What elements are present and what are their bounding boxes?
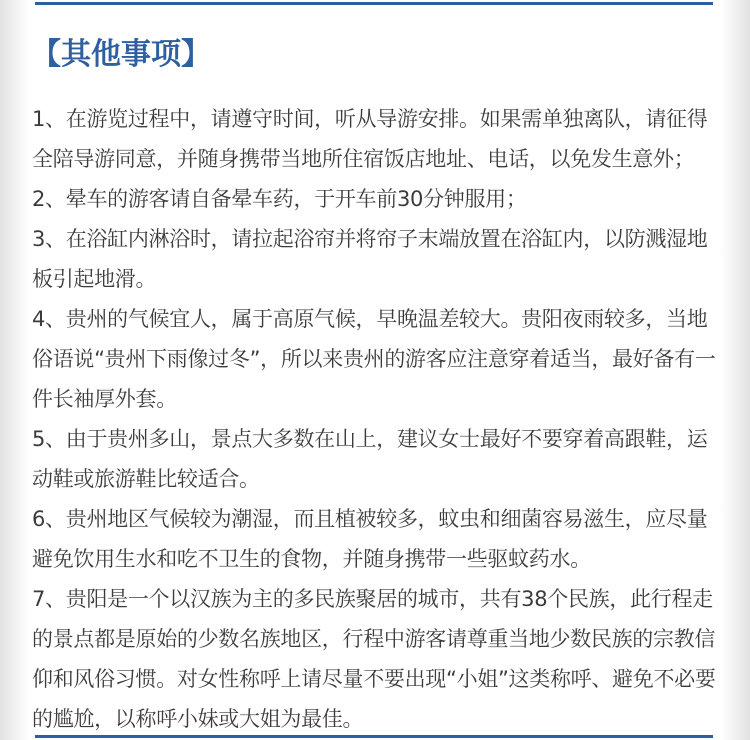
- page: 【其他事项】 1、在游览过程中，请遵守时间，听从导游安排。如果需单独离队，请征得…: [0, 0, 750, 740]
- section-title: 【其他事项】: [31, 37, 720, 73]
- list-item: 5、由于贵州多山，景点大多数在山上，建议女士最好不要穿着高跟鞋，运动鞋或旅游鞋比…: [32, 419, 720, 499]
- content-card: 【其他事项】 1、在游览过程中，请遵守时间，听从导游安排。如果需单独离队，请征得…: [30, 0, 720, 740]
- list-item: 3、在浴缸内淋浴时，请拉起浴帘并将帘子末端放置在浴缸内，以防溅湿地板引起地滑。: [32, 219, 720, 299]
- list-item: 1、在游览过程中，请遵守时间，听从导游安排。如果需单独离队，请征得全陪导游同意，…: [32, 99, 720, 179]
- page-edge-shadow-right: [720, 0, 750, 740]
- list-item: 2、晕车的游客请自备晕车药，于开车前30分钟服用；: [32, 179, 720, 219]
- page-edge-shadow-left: [0, 0, 30, 740]
- section-bottom-divider: [35, 735, 713, 738]
- section-top-divider: [35, 2, 713, 5]
- list-item: 4、贵州的气候宜人，属于高原气候，早晚温差较大。贵阳夜雨较多，当地俗语说“贵州下…: [32, 299, 720, 419]
- list-item: 6、贵州地区气候较为潮湿，而且植被较多，蚊虫和细菌容易滋生，应尽量避免饮用生水和…: [32, 499, 720, 579]
- notes-list: 1、在游览过程中，请遵守时间，听从导游安排。如果需单独离队，请征得全陪导游同意，…: [32, 99, 720, 739]
- list-item: 7、贵阳是一个以汉族为主的多民族聚居的城市，共有38个民族，此行程走的景点都是原…: [32, 579, 720, 739]
